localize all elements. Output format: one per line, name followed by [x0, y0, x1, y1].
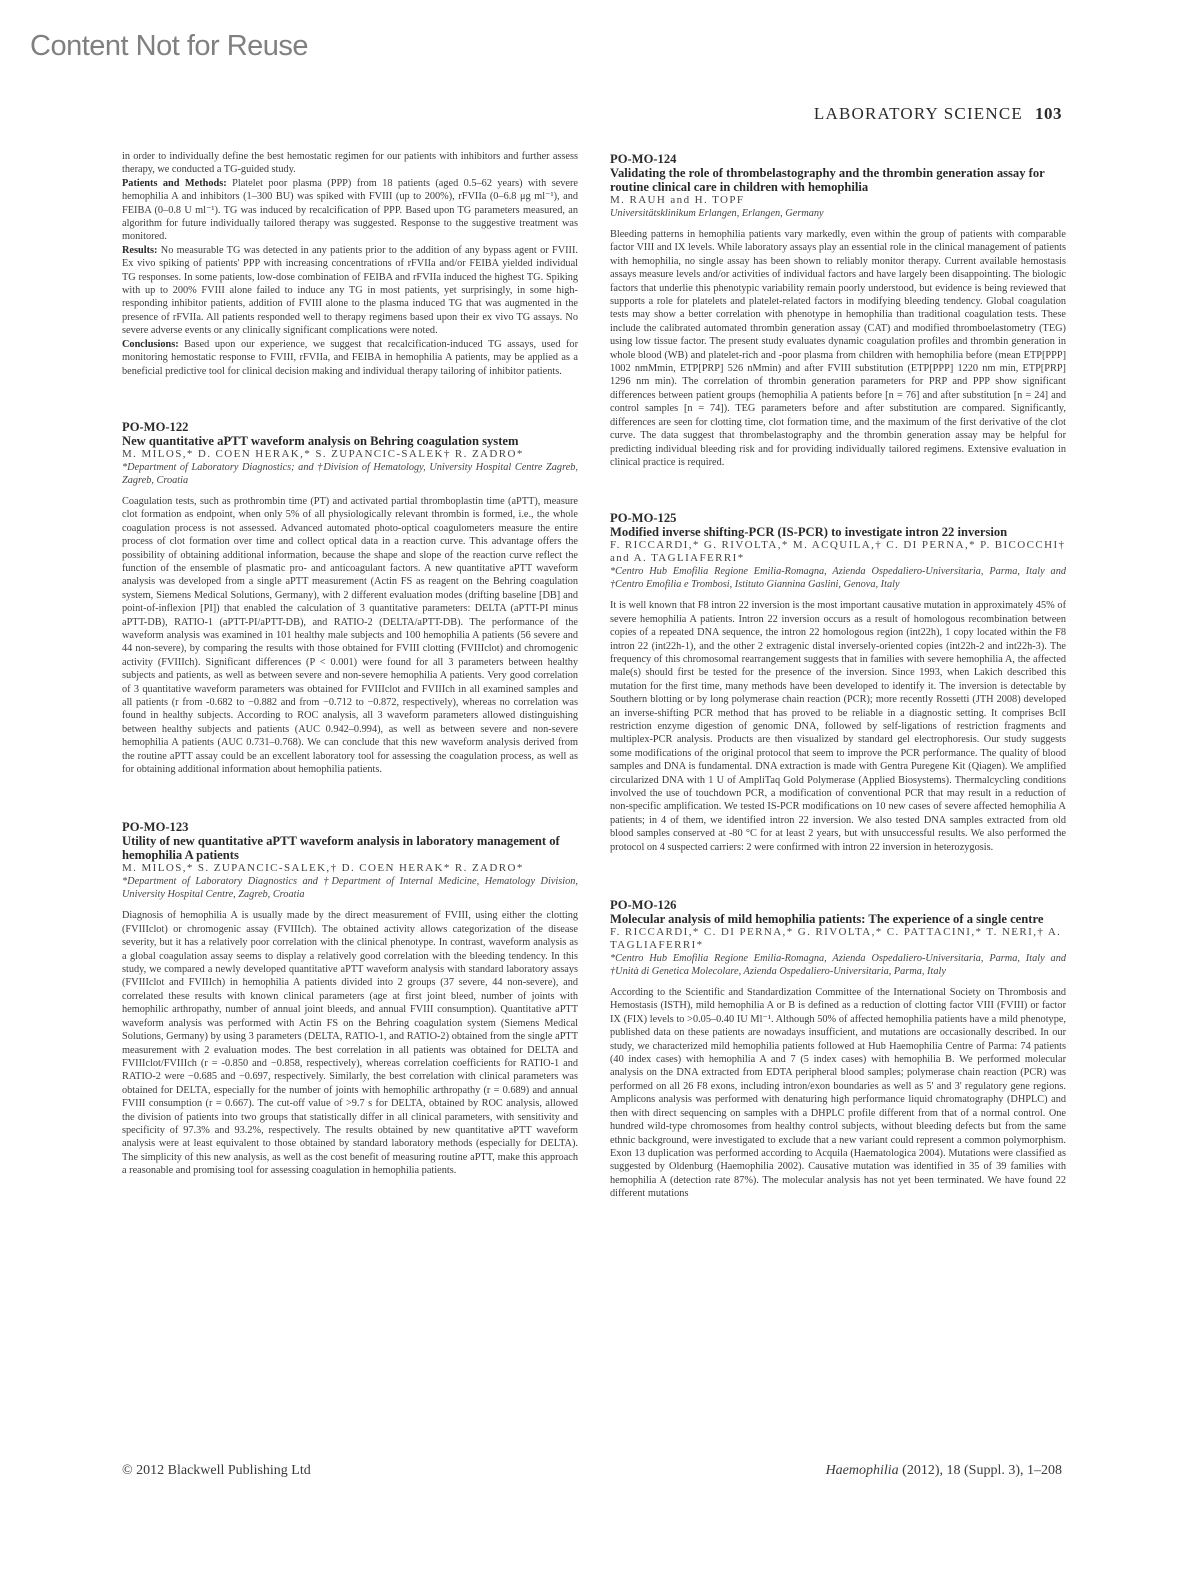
journal-name: Haemophilia [826, 1463, 899, 1478]
footer-citation: Haemophilia (2012), 18 (Suppl. 3), 1–208 [826, 1463, 1062, 1479]
running-head: LABORATORY SCIENCE103 [814, 104, 1062, 124]
abstract-title: Molecular analysis of mild hemophilia pa… [610, 912, 1066, 926]
abstract-body: It is well known that F8 intron 22 inver… [610, 599, 1066, 854]
abstract-authors: F. RICCARDI,* C. DI PERNA,* G. RIVOLTA,*… [610, 926, 1066, 952]
watermark: Content Not for Reuse [30, 30, 308, 63]
results-label: Results: [122, 245, 157, 256]
conclusions-text: Based upon our experience, we suggest th… [122, 339, 578, 377]
abstract-id: PO-MO-123 [122, 820, 578, 834]
page-number: 103 [1035, 104, 1062, 123]
abstract-title: New quantitative aPTT waveform analysis … [122, 434, 578, 448]
abstract-body: According to the Scientific and Standard… [610, 986, 1066, 1201]
abstract-po-mo-125: PO-MO-125 Modified inverse shifting-PCR … [610, 511, 1066, 854]
abstract-body: Diagnosis of hemophilia A is usually mad… [122, 909, 578, 1177]
abstract-po-mo-123: PO-MO-123 Utility of new quantitative aP… [122, 820, 578, 1177]
abstract-id: PO-MO-122 [122, 420, 578, 434]
abstract-id: PO-MO-125 [610, 511, 1066, 525]
abstract-affiliation: *Centro Hub Emofilia Regione Emilia-Roma… [610, 565, 1066, 591]
abstract-authors: M. MILOS,* S. ZUPANCIC-SALEK,† D. COEN H… [122, 862, 578, 875]
abstract-body: Bleeding patterns in hemophilia patients… [610, 228, 1066, 469]
citation-details: (2012), 18 (Suppl. 3), 1–208 [899, 1463, 1062, 1478]
abstract-affiliation: *Department of Laboratory Diagnostics an… [122, 875, 578, 901]
abstract-affiliation: Universitätsklinikum Erlangen, Erlangen,… [610, 207, 1066, 220]
abstract-po-mo-122: PO-MO-122 New quantitative aPTT waveform… [122, 420, 578, 777]
results-text: No measurable TG was detected in any pat… [122, 245, 578, 336]
footer-copyright: © 2012 Blackwell Publishing Ltd [122, 1463, 311, 1479]
abstract-id: PO-MO-124 [610, 152, 1066, 166]
abstract-id: PO-MO-126 [610, 898, 1066, 912]
abstract-affiliation: *Centro Hub Emofilia Regione Emilia-Roma… [610, 952, 1066, 978]
conclusions-label: Conclusions: [122, 339, 179, 350]
abstract-title: Modified inverse shifting-PCR (IS-PCR) t… [610, 525, 1066, 539]
abstract-authors: M. MILOS,* D. COEN HERAK,* S. ZUPANCIC-S… [122, 448, 578, 461]
abstract-affiliation: *Department of Laboratory Diagnostics; a… [122, 461, 578, 487]
right-column: PO-MO-124 Validating the role of thrombe… [610, 152, 1066, 1201]
abstract-po-mo-126: PO-MO-126 Molecular analysis of mild hem… [610, 898, 1066, 1201]
abstract-title: Validating the role of thrombelastograph… [610, 166, 1066, 194]
abstract-body: Coagulation tests, such as prothrombin t… [122, 495, 578, 777]
section-title: LABORATORY SCIENCE [814, 104, 1023, 123]
conclusions-paragraph: Conclusions: Based upon our experience, … [122, 338, 578, 378]
continued-abstract: in order to individually define the best… [122, 150, 578, 378]
methods-label: Patients and Methods: [122, 178, 227, 189]
abstract-title: Utility of new quantitative aPTT wavefor… [122, 834, 578, 862]
methods-paragraph: Patients and Methods: Platelet poor plas… [122, 177, 578, 244]
abstract-authors: M. RAUH and H. TOPF [610, 194, 1066, 207]
left-column: in order to individually define the best… [122, 150, 578, 1178]
results-paragraph: Results: No measurable TG was detected i… [122, 244, 578, 338]
abstract-authors: F. RICCARDI,* G. RIVOLTA,* M. ACQUILA,† … [610, 539, 1066, 565]
continued-intro: in order to individually define the best… [122, 150, 578, 177]
abstract-po-mo-124: PO-MO-124 Validating the role of thrombe… [610, 152, 1066, 469]
